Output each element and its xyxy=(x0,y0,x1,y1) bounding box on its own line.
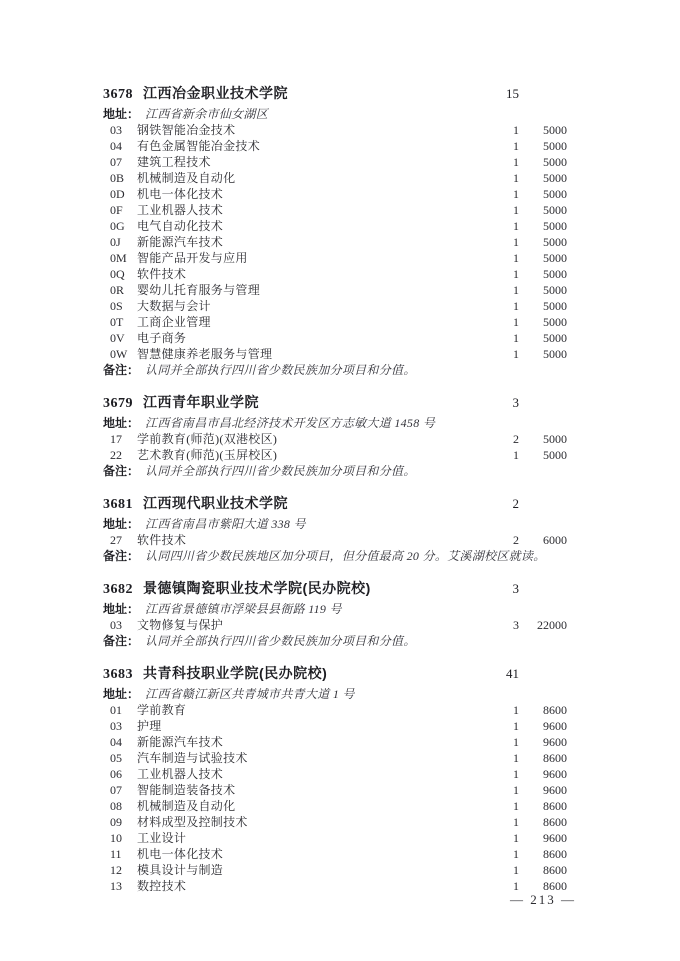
note-text: 认同并全部执行四川省少数民族加分项目和分值。 xyxy=(145,633,416,649)
page-number: — 213 — xyxy=(510,892,576,908)
major-name: 婴幼儿托育服务与管理 xyxy=(137,282,485,298)
major-name: 学前教育 xyxy=(137,702,485,718)
address-label: 地址： xyxy=(103,516,139,532)
school-name: 江西现代职业技术学院 xyxy=(143,494,485,512)
major-code: 0J xyxy=(110,234,130,250)
major-plan-count: 1 xyxy=(485,314,519,330)
major-plan-count: 1 xyxy=(485,447,519,463)
major-code: 05 xyxy=(110,750,130,766)
major-tuition-fee: 5000 xyxy=(519,298,567,314)
major-name: 软件技术 xyxy=(137,532,485,548)
major-name: 机电一体化技术 xyxy=(137,846,485,862)
major-row: 03 文物修复与保护 3 22000 xyxy=(103,617,567,633)
major-row: 10 工业设计 1 9600 xyxy=(103,830,567,846)
major-plan-count: 1 xyxy=(485,170,519,186)
major-code: 08 xyxy=(110,798,130,814)
major-plan-count: 1 xyxy=(485,814,519,830)
school-code: 3683 xyxy=(103,666,133,684)
major-name: 建筑工程技术 xyxy=(137,154,485,170)
major-row: 0T 工商企业管理 1 5000 xyxy=(103,314,567,330)
major-plan-count: 1 xyxy=(485,862,519,878)
major-code: 0W xyxy=(110,346,130,362)
address-row: 地址： 江西省赣江新区共青城市共青大道 1 号 xyxy=(103,686,567,702)
major-plan-count: 2 xyxy=(485,431,519,447)
address-label: 地址： xyxy=(103,415,139,431)
school-section: 3679 江西青年职业学院 3 地址： 江西省南昌市昌北经济技术开发区方志敏大道… xyxy=(103,393,567,479)
major-row: 0G 电气自动化技术 1 5000 xyxy=(103,218,567,234)
school-title-row: 3683 共青科技职业学院(民办院校) 41 xyxy=(103,664,567,684)
major-tuition-fee: 5000 xyxy=(519,138,567,154)
major-tuition-fee: 9600 xyxy=(519,782,567,798)
major-plan-count: 1 xyxy=(485,830,519,846)
major-plan-count: 3 xyxy=(485,617,519,633)
major-tuition-fee: 5000 xyxy=(519,170,567,186)
address-text: 江西省南昌市紫阳大道 338 号 xyxy=(145,516,306,532)
address-row: 地址： 江西省景德镇市浮梁县县衙路 119 号 xyxy=(103,601,567,617)
major-row: 12 模具设计与制造 1 8600 xyxy=(103,862,567,878)
school-plan-count: 2 xyxy=(485,495,519,513)
major-plan-count: 1 xyxy=(485,798,519,814)
major-row: 13 数控技术 1 8600 xyxy=(103,878,567,894)
major-plan-count: 1 xyxy=(485,346,519,362)
majors-list: 03 文物修复与保护 3 22000 xyxy=(103,617,567,633)
majors-list: 17 学前教育(师范)(双港校区) 2 5000 22 艺术教育(师范)(玉屏校… xyxy=(103,431,567,463)
major-code: 12 xyxy=(110,862,130,878)
major-tuition-fee: 5000 xyxy=(519,234,567,250)
address-text: 江西省南昌市昌北经济技术开发区方志敏大道 1458 号 xyxy=(145,415,435,431)
major-tuition-fee: 5000 xyxy=(519,202,567,218)
note-row: 备注： 认同四川省少数民族地区加分项目，但分值最高 20 分。艾溪湖校区就读。 xyxy=(103,548,567,564)
major-code: 10 xyxy=(110,830,130,846)
major-name: 材料成型及控制技术 xyxy=(137,814,485,830)
school-section: 3682 景德镇陶瓷职业技术学院(民办院校) 3 地址： 江西省景德镇市浮梁县县… xyxy=(103,579,567,649)
major-plan-count: 1 xyxy=(485,250,519,266)
major-code: 17 xyxy=(110,431,130,447)
major-name: 护理 xyxy=(137,718,485,734)
major-tuition-fee: 5000 xyxy=(519,122,567,138)
major-code: 04 xyxy=(110,138,130,154)
major-tuition-fee: 5000 xyxy=(519,250,567,266)
major-name: 数控技术 xyxy=(137,878,485,894)
major-row: 07 智能制造装备技术 1 9600 xyxy=(103,782,567,798)
major-row: 0V 电子商务 1 5000 xyxy=(103,330,567,346)
school-title-row: 3681 江西现代职业技术学院 2 xyxy=(103,494,567,514)
major-plan-count: 1 xyxy=(485,782,519,798)
major-row: 27 软件技术 2 6000 xyxy=(103,532,567,548)
note-label: 备注： xyxy=(103,463,139,479)
major-plan-count: 1 xyxy=(485,218,519,234)
major-name: 工业机器人技术 xyxy=(137,202,485,218)
major-name: 模具设计与制造 xyxy=(137,862,485,878)
major-code: 0F xyxy=(110,202,130,218)
major-code: 0M xyxy=(110,250,130,266)
major-name: 钢铁智能冶金技术 xyxy=(137,122,485,138)
major-tuition-fee: 5000 xyxy=(519,447,567,463)
school-section: 3681 江西现代职业技术学院 2 地址： 江西省南昌市紫阳大道 338 号 2… xyxy=(103,494,567,564)
major-name: 机械制造及自动化 xyxy=(137,798,485,814)
major-tuition-fee: 5000 xyxy=(519,431,567,447)
major-plan-count: 1 xyxy=(485,122,519,138)
major-code: 0B xyxy=(110,170,130,186)
major-plan-count: 1 xyxy=(485,330,519,346)
major-code: 0Q xyxy=(110,266,130,282)
note-text: 认同并全部执行四川省少数民族加分项目和分值。 xyxy=(145,362,416,378)
major-row: 07 建筑工程技术 1 5000 xyxy=(103,154,567,170)
major-name: 智能制造装备技术 xyxy=(137,782,485,798)
major-plan-count: 2 xyxy=(485,532,519,548)
major-row: 0S 大数据与会计 1 5000 xyxy=(103,298,567,314)
major-plan-count: 1 xyxy=(485,138,519,154)
major-name: 智慧健康养老服务与管理 xyxy=(137,346,485,362)
school-plan-count: 41 xyxy=(485,665,519,683)
school-code: 3682 xyxy=(103,581,133,599)
major-row: 0Q 软件技术 1 5000 xyxy=(103,266,567,282)
major-name: 机电一体化技术 xyxy=(137,186,485,202)
school-code: 3679 xyxy=(103,395,133,413)
major-row: 0W 智慧健康养老服务与管理 1 5000 xyxy=(103,346,567,362)
school-title-row: 3678 江西冶金职业技术学院 15 xyxy=(103,84,567,104)
majors-list: 27 软件技术 2 6000 xyxy=(103,532,567,548)
major-tuition-fee: 9600 xyxy=(519,830,567,846)
major-row: 03 护理 1 9600 xyxy=(103,718,567,734)
major-name: 新能源汽车技术 xyxy=(137,734,485,750)
major-row: 08 机械制造及自动化 1 8600 xyxy=(103,798,567,814)
major-tuition-fee: 8600 xyxy=(519,862,567,878)
address-row: 地址： 江西省新余市仙女湖区 xyxy=(103,106,567,122)
major-code: 04 xyxy=(110,734,130,750)
major-name: 机械制造及自动化 xyxy=(137,170,485,186)
major-code: 03 xyxy=(110,718,130,734)
note-row: 备注： 认同并全部执行四川省少数民族加分项目和分值。 xyxy=(103,633,567,649)
major-tuition-fee: 5000 xyxy=(519,346,567,362)
major-code: 27 xyxy=(110,532,130,548)
major-code: 0R xyxy=(110,282,130,298)
address-text: 江西省新余市仙女湖区 xyxy=(145,106,268,122)
major-code: 0V xyxy=(110,330,130,346)
major-name: 艺术教育(师范)(玉屏校区) xyxy=(137,447,485,463)
major-code: 13 xyxy=(110,878,130,894)
school-plan-count: 15 xyxy=(485,85,519,103)
major-tuition-fee: 5000 xyxy=(519,154,567,170)
major-plan-count: 1 xyxy=(485,298,519,314)
major-row: 04 有色金属智能冶金技术 1 5000 xyxy=(103,138,567,154)
major-plan-count: 1 xyxy=(485,766,519,782)
major-code: 01 xyxy=(110,702,130,718)
major-plan-count: 1 xyxy=(485,234,519,250)
school-plan-count: 3 xyxy=(485,394,519,412)
major-tuition-fee: 5000 xyxy=(519,218,567,234)
major-plan-count: 1 xyxy=(485,718,519,734)
major-tuition-fee: 5000 xyxy=(519,186,567,202)
document-page: 3678 江西冶金职业技术学院 15 地址： 江西省新余市仙女湖区 03 钢铁智… xyxy=(103,84,567,909)
major-row: 03 钢铁智能冶金技术 1 5000 xyxy=(103,122,567,138)
major-code: 0S xyxy=(110,298,130,314)
major-plan-count: 1 xyxy=(485,186,519,202)
major-code: 06 xyxy=(110,766,130,782)
major-code: 07 xyxy=(110,782,130,798)
major-plan-count: 1 xyxy=(485,734,519,750)
address-label: 地址： xyxy=(103,601,139,617)
major-row: 0M 智能产品开发与应用 1 5000 xyxy=(103,250,567,266)
major-name: 新能源汽车技术 xyxy=(137,234,485,250)
major-name: 软件技术 xyxy=(137,266,485,282)
major-name: 汽车制造与试验技术 xyxy=(137,750,485,766)
school-name: 江西冶金职业技术学院 xyxy=(143,84,485,102)
major-tuition-fee: 5000 xyxy=(519,314,567,330)
major-row: 0B 机械制造及自动化 1 5000 xyxy=(103,170,567,186)
major-name: 智能产品开发与应用 xyxy=(137,250,485,266)
major-code: 09 xyxy=(110,814,130,830)
major-tuition-fee: 5000 xyxy=(519,330,567,346)
major-code: 03 xyxy=(110,122,130,138)
school-section: 3678 江西冶金职业技术学院 15 地址： 江西省新余市仙女湖区 03 钢铁智… xyxy=(103,84,567,378)
address-label: 地址： xyxy=(103,106,139,122)
major-name: 工商企业管理 xyxy=(137,314,485,330)
major-name: 电子商务 xyxy=(137,330,485,346)
major-plan-count: 1 xyxy=(485,282,519,298)
major-name: 有色金属智能冶金技术 xyxy=(137,138,485,154)
major-row: 06 工业机器人技术 1 9600 xyxy=(103,766,567,782)
address-label: 地址： xyxy=(103,686,139,702)
major-tuition-fee: 5000 xyxy=(519,266,567,282)
major-tuition-fee: 9600 xyxy=(519,718,567,734)
major-tuition-fee: 8600 xyxy=(519,814,567,830)
major-code: 0D xyxy=(110,186,130,202)
major-code: 11 xyxy=(110,846,130,862)
major-row: 0F 工业机器人技术 1 5000 xyxy=(103,202,567,218)
major-plan-count: 1 xyxy=(485,846,519,862)
school-code: 3681 xyxy=(103,496,133,514)
major-name: 学前教育(师范)(双港校区) xyxy=(137,431,485,447)
note-label: 备注： xyxy=(103,633,139,649)
major-row: 05 汽车制造与试验技术 1 8600 xyxy=(103,750,567,766)
major-name: 电气自动化技术 xyxy=(137,218,485,234)
address-text: 江西省景德镇市浮梁县县衙路 119 号 xyxy=(145,601,342,617)
note-text: 认同并全部执行四川省少数民族加分项目和分值。 xyxy=(145,463,416,479)
school-name: 共青科技职业学院(民办院校) xyxy=(143,664,485,682)
major-row: 0R 婴幼儿托育服务与管理 1 5000 xyxy=(103,282,567,298)
major-tuition-fee: 6000 xyxy=(519,532,567,548)
major-name: 工业设计 xyxy=(137,830,485,846)
major-row: 09 材料成型及控制技术 1 8600 xyxy=(103,814,567,830)
major-code: 0T xyxy=(110,314,130,330)
school-name: 江西青年职业学院 xyxy=(143,393,485,411)
major-plan-count: 1 xyxy=(485,202,519,218)
note-label: 备注： xyxy=(103,362,139,378)
major-name: 工业机器人技术 xyxy=(137,766,485,782)
school-section: 3683 共青科技职业学院(民办院校) 41 地址： 江西省赣江新区共青城市共青… xyxy=(103,664,567,894)
major-row: 22 艺术教育(师范)(玉屏校区) 1 5000 xyxy=(103,447,567,463)
majors-list: 01 学前教育 1 8600 03 护理 1 9600 04 新能源汽车技术 1… xyxy=(103,702,567,894)
note-text: 认同四川省少数民族地区加分项目，但分值最高 20 分。艾溪湖校区就读。 xyxy=(145,548,546,564)
major-name: 文物修复与保护 xyxy=(137,617,485,633)
major-row: 11 机电一体化技术 1 8600 xyxy=(103,846,567,862)
major-row: 01 学前教育 1 8600 xyxy=(103,702,567,718)
major-plan-count: 1 xyxy=(485,750,519,766)
major-code: 07 xyxy=(110,154,130,170)
major-row: 0J 新能源汽车技术 1 5000 xyxy=(103,234,567,250)
note-row: 备注： 认同并全部执行四川省少数民族加分项目和分值。 xyxy=(103,463,567,479)
major-plan-count: 1 xyxy=(485,154,519,170)
school-title-row: 3682 景德镇陶瓷职业技术学院(民办院校) 3 xyxy=(103,579,567,599)
major-row: 0D 机电一体化技术 1 5000 xyxy=(103,186,567,202)
major-row: 17 学前教育(师范)(双港校区) 2 5000 xyxy=(103,431,567,447)
note-label: 备注： xyxy=(103,548,139,564)
school-code: 3678 xyxy=(103,86,133,104)
major-tuition-fee: 5000 xyxy=(519,282,567,298)
major-code: 22 xyxy=(110,447,130,463)
major-tuition-fee: 9600 xyxy=(519,734,567,750)
majors-list: 03 钢铁智能冶金技术 1 5000 04 有色金属智能冶金技术 1 5000 … xyxy=(103,122,567,362)
school-title-row: 3679 江西青年职业学院 3 xyxy=(103,393,567,413)
major-name: 大数据与会计 xyxy=(137,298,485,314)
address-row: 地址： 江西省南昌市紫阳大道 338 号 xyxy=(103,516,567,532)
sections: 3678 江西冶金职业技术学院 15 地址： 江西省新余市仙女湖区 03 钢铁智… xyxy=(103,84,567,894)
major-code: 0G xyxy=(110,218,130,234)
address-row: 地址： 江西省南昌市昌北经济技术开发区方志敏大道 1458 号 xyxy=(103,415,567,431)
major-tuition-fee: 9600 xyxy=(519,766,567,782)
note-row: 备注： 认同并全部执行四川省少数民族加分项目和分值。 xyxy=(103,362,567,378)
major-tuition-fee: 8600 xyxy=(519,798,567,814)
major-tuition-fee: 8600 xyxy=(519,702,567,718)
major-code: 03 xyxy=(110,617,130,633)
major-tuition-fee: 8600 xyxy=(519,750,567,766)
major-plan-count: 1 xyxy=(485,702,519,718)
major-tuition-fee: 22000 xyxy=(519,617,567,633)
major-plan-count: 1 xyxy=(485,266,519,282)
school-plan-count: 3 xyxy=(485,580,519,598)
school-name: 景德镇陶瓷职业技术学院(民办院校) xyxy=(143,579,485,597)
major-tuition-fee: 8600 xyxy=(519,846,567,862)
major-row: 04 新能源汽车技术 1 9600 xyxy=(103,734,567,750)
address-text: 江西省赣江新区共青城市共青大道 1 号 xyxy=(145,686,355,702)
